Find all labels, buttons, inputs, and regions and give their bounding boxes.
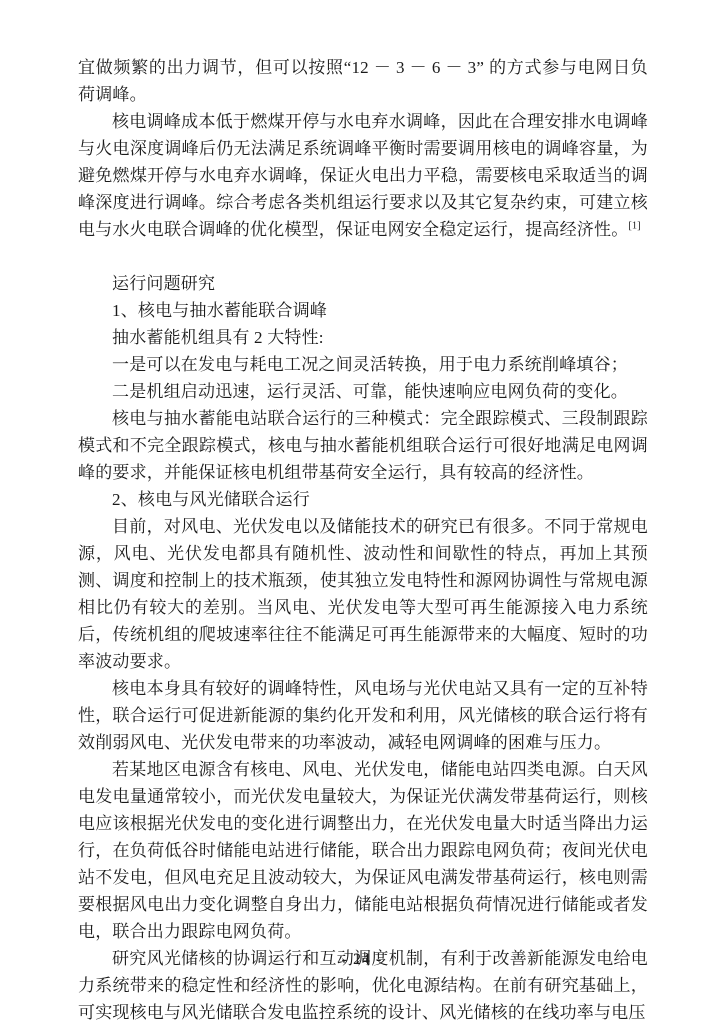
paragraph-text: 1、核电与抽水蓄能联合调峰 [112,301,327,320]
paragraph-text: 核电本身具有较好的调峰特性，风电场与光伏电站又具有一定的互补特性，联合运行可促进… [78,679,648,752]
page-footer: - 24 - [0,951,724,969]
paragraph: 核电本身具有较好的调峰特性，风电场与光伏电站又具有一定的互补特性，联合运行可促进… [78,675,648,756]
paragraph-text: 二是机组启动迅速，运行灵活、可靠，能快速响应电网负荷的变化。 [112,382,628,401]
citation-ref: [1] [628,220,640,231]
paragraph-text: 抽水蓄能机组具有 2 大特性: [112,328,324,347]
paragraph-text: 核电调峰成本低于燃煤开停与水电弃水调峰，因此在合理安排水电调峰与火电深度调峰后仍… [78,112,648,239]
section-heading: 运行问题研究 [78,270,648,297]
paragraph: 核电调峰成本低于燃煤开停与水电弃水调峰，因此在合理安排水电调峰与火电深度调峰后仍… [78,108,648,243]
paragraph: 抽水蓄能机组具有 2 大特性: [78,324,648,351]
paragraph: 二是机组启动迅速，运行灵活、可靠，能快速响应电网负荷的变化。 [78,378,648,405]
paragraph-text: 一是可以在发电与耗电工况之间灵活转换，用于电力系统削峰填谷； [112,355,628,374]
paragraph-text: 若某地区电源含有核电、风电、光伏发电，储能电站四类电源。白天风电发电量通常较小，… [78,760,648,941]
paragraph: 目前，对风电、光伏发电以及储能技术的研究已有很多。不同于常规电源，风电、光伏发电… [78,513,648,675]
paragraph-text: 目前，对风电、光伏发电以及储能技术的研究已有很多。不同于常规电源，风电、光伏发电… [78,517,648,671]
subsection-heading: 1、核电与抽水蓄能联合调峰 [78,297,648,324]
paragraph-text: 核电与抽水蓄能电站联合运行的三种模式：完全跟踪模式、三段制跟踪模式和不完全跟踪模… [78,409,648,482]
paragraph-text: 2、核电与风光储联合运行 [112,490,310,509]
paragraph-text: 宜做频繁的出力调节，但可以按照“12 － 3 － 6 － 3” 的方式参与电网日… [78,58,648,104]
subsection-heading: 2、核电与风光储联合运行 [78,486,648,513]
paragraph-text: 运行问题研究 [112,274,215,293]
page-number: - 24 - [342,951,383,968]
paragraph: 一是可以在发电与耗电工况之间灵活转换，用于电力系统削峰填谷； [78,351,648,378]
blank-line [78,243,648,270]
paragraph: 宜做频繁的出力调节，但可以按照“12 － 3 － 6 － 3” 的方式参与电网日… [78,54,648,108]
paragraph: 若某地区电源含有核电、风电、光伏发电，储能电站四类电源。白天风电发电量通常较小，… [78,756,648,945]
document-page: 宜做频繁的出力调节，但可以按照“12 － 3 － 6 － 3” 的方式参与电网日… [0,0,724,1024]
paragraph: 核电与抽水蓄能电站联合运行的三种模式：完全跟踪模式、三段制跟踪模式和不完全跟踪模… [78,405,648,486]
document-content: 宜做频繁的出力调节，但可以按照“12 － 3 － 6 － 3” 的方式参与电网日… [78,54,648,1024]
